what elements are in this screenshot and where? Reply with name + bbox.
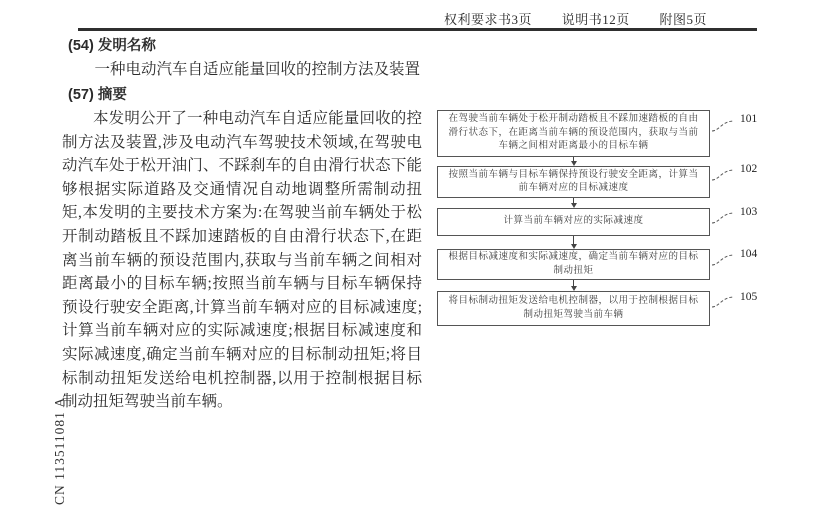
- leader-line: [711, 118, 736, 133]
- publication-number: CN 113511081 A: [52, 393, 67, 505]
- step-ref-label: 105: [740, 291, 757, 303]
- header-rule: [78, 28, 757, 31]
- abstract-text: 本发明公开了一种电动汽车自适应能量回收的控制方法及装置,涉及电动汽车驾驶技术领域…: [62, 107, 422, 414]
- section-57-heading: (57) 摘要: [62, 83, 422, 104]
- step-ref-label: 101: [740, 113, 757, 125]
- flowchart-step-box: 计算当前车辆对应的实际减速度: [437, 208, 710, 236]
- flowchart-step-box: 将目标制动扭矩发送给电机控制器，以用于控制根据目标制动扭矩驾驶当前车辆: [437, 291, 710, 326]
- step-ref-label: 102: [740, 163, 757, 175]
- left-column: (54) 发明名称 一种电动汽车自适应能量回收的控制方法及装置 (57) 摘要 …: [62, 34, 422, 414]
- header-drawings-pages: 附图5页: [659, 12, 707, 27]
- down-arrow-icon: [570, 236, 577, 249]
- down-arrow-icon: [570, 157, 577, 166]
- leader-line: [711, 210, 736, 225]
- flowchart-step-box: 按照当前车辆与目标车辆保持预设行驶安全距离，计算当前车辆对应的目标减速度: [437, 166, 710, 198]
- step-ref-label: 104: [740, 248, 757, 260]
- header-description-pages: 说明书12页: [562, 12, 630, 27]
- section-54-heading: (54) 发明名称: [62, 34, 422, 55]
- leader-line: [711, 294, 736, 309]
- leader-line: [711, 252, 736, 267]
- header-claims-pages: 权利要求书3页: [444, 12, 532, 27]
- down-arrow-icon: [570, 198, 577, 208]
- flowchart-step-box: 在驾驶当前车辆处于松开制动踏板且不踩加速踏板的自由滑行状态下，在距离当前车辆的预…: [437, 110, 710, 157]
- down-arrow-icon: [570, 280, 577, 291]
- step-ref-label: 103: [740, 206, 757, 218]
- leader-line: [711, 167, 736, 182]
- invention-title: 一种电动汽车自适应能量回收的控制方法及装置: [62, 58, 422, 81]
- patent-front-page: 权利要求书3页 说明书12页 附图5页 (54) 发明名称 一种电动汽车自适应能…: [0, 0, 826, 531]
- page-header: 权利要求书3页 说明书12页 附图5页: [444, 9, 707, 28]
- flowchart-step-box: 根据目标减速度和实际减速度，确定当前车辆对应的目标制动扭矩: [437, 249, 710, 280]
